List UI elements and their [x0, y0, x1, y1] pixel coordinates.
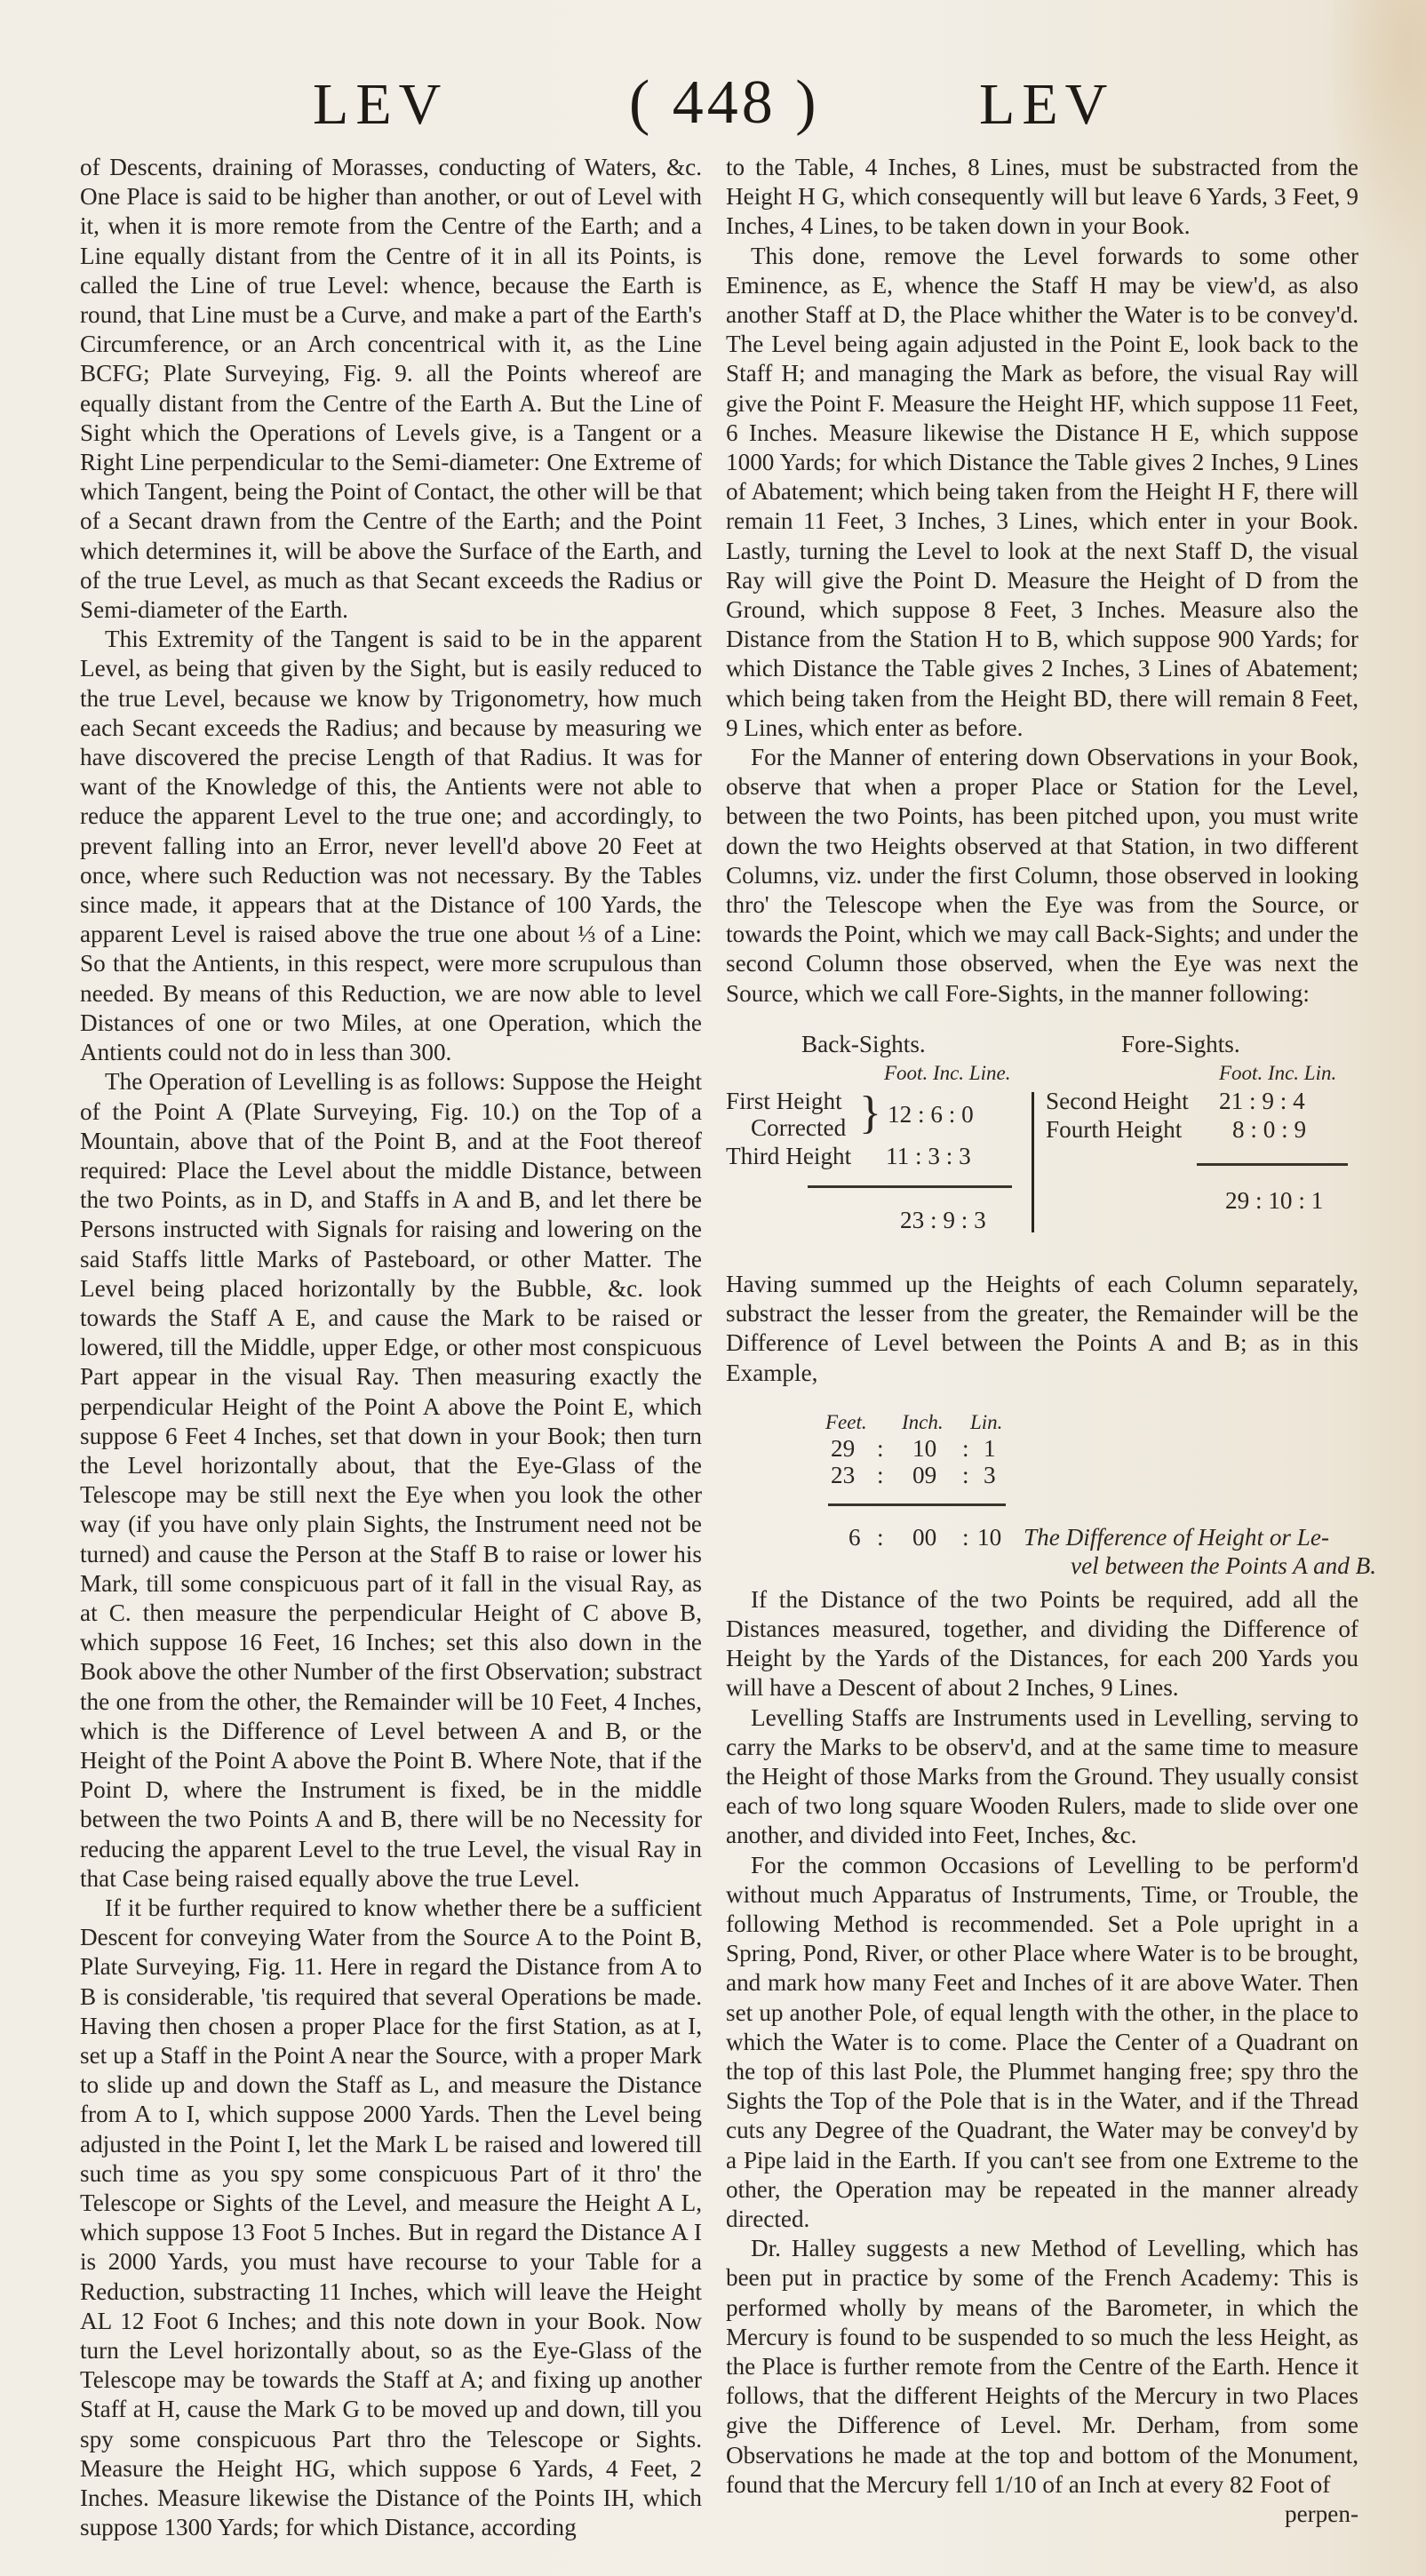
paragraph: Having summed up the Heights of each Col… — [726, 1270, 1358, 1388]
sum-rule — [1197, 1163, 1348, 1166]
back-sights-title: Back-Sights. — [801, 1030, 926, 1059]
sights-table: Back-Sights. Fore-Sights. Foot. Inc. Lin… — [726, 1030, 1358, 1270]
paragraph: This Extremity of the Tangent is said to… — [80, 625, 702, 1067]
diff-header-inch: Inch. — [902, 1408, 944, 1437]
back-row-value: 11 : 3 : 3 — [886, 1142, 971, 1171]
fore-row-value: 21 : 9 : 4 — [1219, 1087, 1305, 1116]
diff-header-feet: Feet. — [825, 1408, 867, 1437]
diff-cell: 1 — [984, 1434, 996, 1463]
paragraph: If it be further required to know whethe… — [80, 1894, 702, 2542]
back-units: Foot. Inc. Line. — [884, 1058, 1010, 1088]
page: LEV ( 448 ) LEV of Descents, draining of… — [0, 0, 1426, 2576]
sum-rule — [808, 1185, 1012, 1188]
diff-header-lin: Lin. — [970, 1408, 1002, 1437]
diff-result: 00 — [912, 1523, 936, 1552]
diff-caption: vel between the Points A and B. — [1071, 1551, 1376, 1581]
diff-cell: 23 — [831, 1461, 855, 1490]
diff-sep: : — [962, 1434, 969, 1463]
difference-table: Feet. Inch. Lin. 29 : 10 : 1 23 : 09 : 3… — [726, 1408, 1358, 1585]
fore-row-label: Second Height — [1046, 1087, 1189, 1116]
right-column: to the Table, 4 Inches, 8 Lines, must be… — [726, 153, 1358, 2529]
paragraph: If the Distance of the two Points be req… — [726, 1585, 1358, 1703]
paragraph: Levelling Staffs are Instruments used in… — [726, 1703, 1358, 1851]
left-column: of Descents, draining of Morasses, condu… — [80, 153, 702, 2542]
fore-total: 29 : 10 : 1 — [1225, 1186, 1323, 1216]
fore-units: Foot. Inc. Lin. — [1219, 1058, 1336, 1088]
back-row-value: 12 : 6 : 0 — [888, 1100, 974, 1129]
diff-cell: 09 — [912, 1461, 936, 1490]
sum-rule — [828, 1503, 1006, 1506]
diff-sep: : — [962, 1461, 969, 1490]
back-row-label: Third Height — [726, 1142, 851, 1171]
paragraph: This done, remove the Level forwards to … — [726, 242, 1358, 743]
diff-sep: : — [877, 1461, 884, 1490]
paragraph: For the common Occasions of Levelling to… — [726, 1851, 1358, 2235]
running-header: LEV ( 448 ) LEV — [0, 76, 1426, 147]
diff-caption: The Difference of Height or Le- — [1024, 1523, 1329, 1552]
page-number: ( 448 ) — [629, 72, 820, 134]
diff-cell: 10 — [912, 1434, 936, 1463]
brace-glyph: } — [859, 1090, 881, 1136]
paragraph: of Descents, draining of Morasses, condu… — [80, 153, 702, 625]
paragraph: For the Manner of entering down Observat… — [726, 743, 1358, 1009]
column-divider — [1032, 1092, 1034, 1232]
diff-cell: 29 — [831, 1434, 855, 1463]
back-row-label: First Height — [726, 1087, 842, 1116]
diff-cell: 3 — [984, 1461, 996, 1490]
diff-result: 6 — [848, 1523, 861, 1552]
paragraph: to the Table, 4 Inches, 8 Lines, must be… — [726, 153, 1358, 242]
diff-result: 10 — [977, 1523, 1001, 1552]
fore-row-value: 8 : 0 : 9 — [1232, 1115, 1306, 1144]
header-left-word: LEV — [313, 76, 448, 134]
back-row-label: Corrected — [751, 1113, 846, 1143]
paragraph: The Operation of Levelling is as follows… — [80, 1067, 702, 1894]
diff-sep: : — [962, 1523, 969, 1552]
paragraph: Dr. Halley suggests a new Method of Leve… — [726, 2234, 1358, 2500]
back-total: 23 : 9 : 3 — [900, 1206, 986, 1235]
header-right-word: LEV — [979, 76, 1114, 134]
diff-sep: : — [877, 1434, 884, 1463]
diff-sep: : — [877, 1523, 884, 1552]
fore-row-label: Fourth Height — [1046, 1115, 1182, 1144]
fore-sights-title: Fore-Sights. — [1121, 1030, 1240, 1059]
catchword: perpen- — [726, 2500, 1358, 2529]
